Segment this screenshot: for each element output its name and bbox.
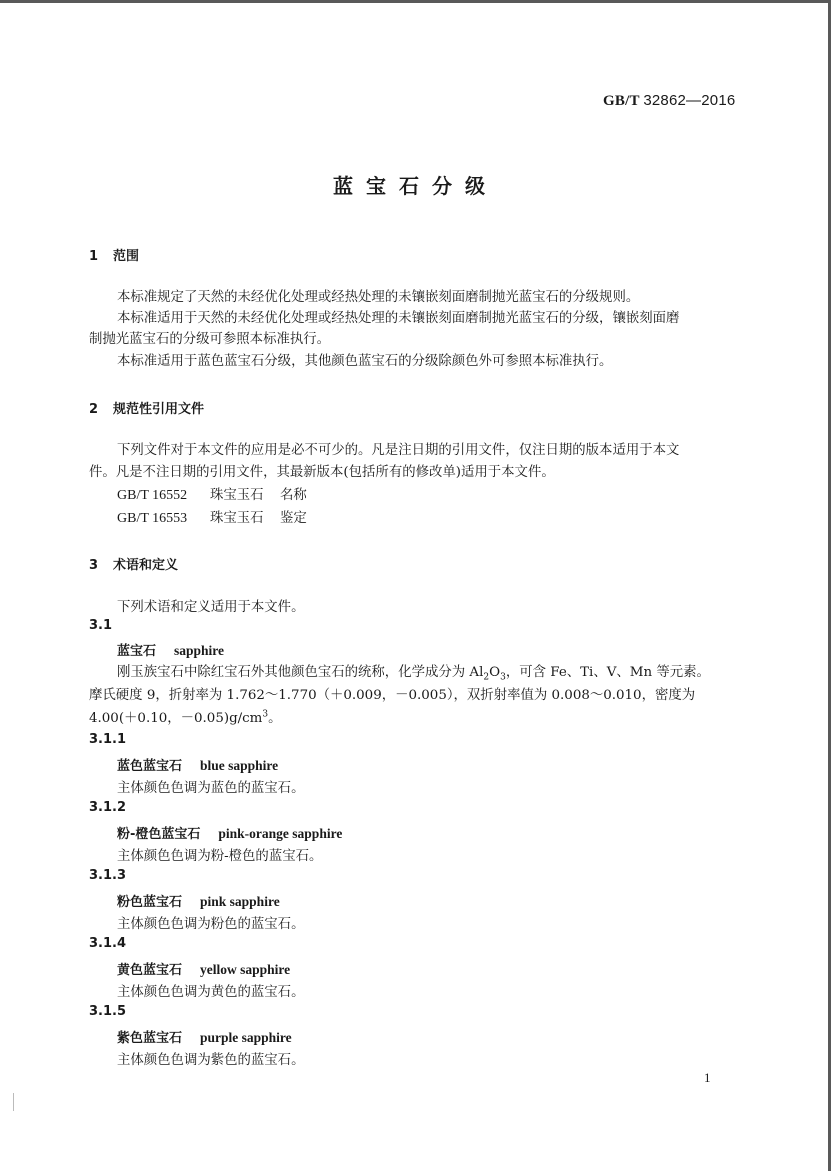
paragraph: 本标准适用于天然的未经优化处理或经热处理的未镶嵌刻面磨制抛光蓝宝石的分级，镶嵌刻… [117,307,679,326]
paragraph: 下列术语和定义适用于本文件。 [117,596,304,615]
definition-text: 4.00(＋0.10，－0.05)g/cm [89,711,262,726]
term-en: sapphire [174,643,224,658]
reference-code: GB/T 16552 [117,488,210,504]
section-number: 1 [89,249,113,264]
term-en: pink-orange sapphire [218,826,342,841]
term-heading: 黄色蓝宝石yellow sapphire [117,959,290,978]
term-heading: 蓝色蓝宝石blue sapphire [117,755,278,774]
paragraph: 本标准规定了天然的未经优化处理或经热处理的未镶嵌刻面磨制抛光蓝宝石的分级规则。 [117,286,639,305]
clause-number: 3.1.1 [89,732,126,747]
clause-number: 3.1.3 [89,868,126,883]
section-2-heading: 2规范性引用文件 [89,398,204,417]
definition: 刚玉族宝石中除红宝石外其他颜色宝石的统称，化学成分为 Al2O3，可含 Fe、T… [117,661,710,683]
reference-item: GB/T 16553珠宝玉石鉴定 [117,507,307,527]
reference-topic: 鉴定 [280,511,307,526]
definition-continuation: 摩氏硬度 9，折射率为 1.762～1.770（＋0.009，－0.005），双… [89,684,695,703]
page-number: 1 [704,1070,711,1086]
definition: 主体颜色色调为粉色的蓝宝石。 [117,913,304,932]
paragraph-continuation: 制抛光蓝宝石的分级可参照本标准执行。 [89,328,330,347]
definition-text: O [489,665,500,680]
clause-number: 3.1.5 [89,1004,126,1019]
reference-code: GB/T 16553 [117,511,210,527]
definition-continuation: 4.00(＋0.10，－0.05)g/cm3。 [89,707,281,726]
term-heading: 粉-橙色蓝宝石pink-orange sapphire [117,823,342,842]
standard-code-prefix: GB/T [603,93,643,109]
definition-text: ，可含 Fe、Ti、V、Mn 等元素。 [506,665,710,680]
definition: 主体颜色色调为蓝色的蓝宝石。 [117,777,304,796]
term-heading: 粉色蓝宝石pink sapphire [117,891,280,910]
standard-code: GB/T 32862—2016 [603,92,735,110]
clause-number: 3.1.2 [89,800,126,815]
reference-name: 珠宝玉石 [210,507,280,526]
term-zh: 蓝宝石 [117,644,156,659]
section-3-heading: 3术语和定义 [89,554,178,573]
paragraph: 本标准适用于蓝色蓝宝石分级，其他颜色蓝宝石的分级除颜色外可参照本标准执行。 [117,350,612,369]
term-en: yellow sapphire [200,962,290,977]
definition: 主体颜色色调为粉-橙色的蓝宝石。 [117,845,322,864]
section-title: 规范性引用文件 [113,402,204,417]
reference-item: GB/T 16552珠宝玉石名称 [117,484,307,504]
section-number: 2 [89,402,113,417]
section-title: 范围 [113,249,139,264]
term-heading: 紫色蓝宝石purple sapphire [117,1027,292,1046]
section-1-heading: 1范围 [89,245,139,264]
definition-text: 。 [268,711,281,726]
term-zh: 粉-橙色蓝宝石 [117,827,200,842]
paragraph-continuation: 件。凡是不注日期的引用文件，其最新版本(包括所有的修改单)适用于本文件。 [89,461,555,480]
document-title: 蓝宝石分级 [0,170,831,199]
reference-name: 珠宝玉石 [210,484,280,503]
definition: 主体颜色色调为黄色的蓝宝石。 [117,981,304,1000]
paragraph: 下列文件对于本文件的应用是必不可少的。凡是注日期的引用文件，仅注日期的版本适用于… [117,439,679,458]
section-number: 3 [89,558,113,573]
term-zh: 紫色蓝宝石 [117,1031,182,1046]
section-title: 术语和定义 [113,558,178,573]
scan-artifact [13,1093,14,1111]
standard-code-number: 32862—2016 [643,92,735,109]
term-en: purple sapphire [200,1030,292,1045]
viewer-top-border [0,0,831,3]
term-zh: 黄色蓝宝石 [117,963,182,978]
definition: 主体颜色色调为紫色的蓝宝石。 [117,1049,304,1068]
reference-topic: 名称 [280,488,307,503]
term-en: blue sapphire [200,758,278,773]
clause-number: 3.1 [89,618,112,633]
term-zh: 粉色蓝宝石 [117,895,182,910]
term-zh: 蓝色蓝宝石 [117,759,182,774]
clause-number: 3.1.4 [89,936,126,951]
definition-text: 刚玉族宝石中除红宝石外其他颜色宝石的统称，化学成分为 Al [117,665,483,680]
term-en: pink sapphire [200,894,280,909]
term-heading: 蓝宝石sapphire [117,640,224,659]
